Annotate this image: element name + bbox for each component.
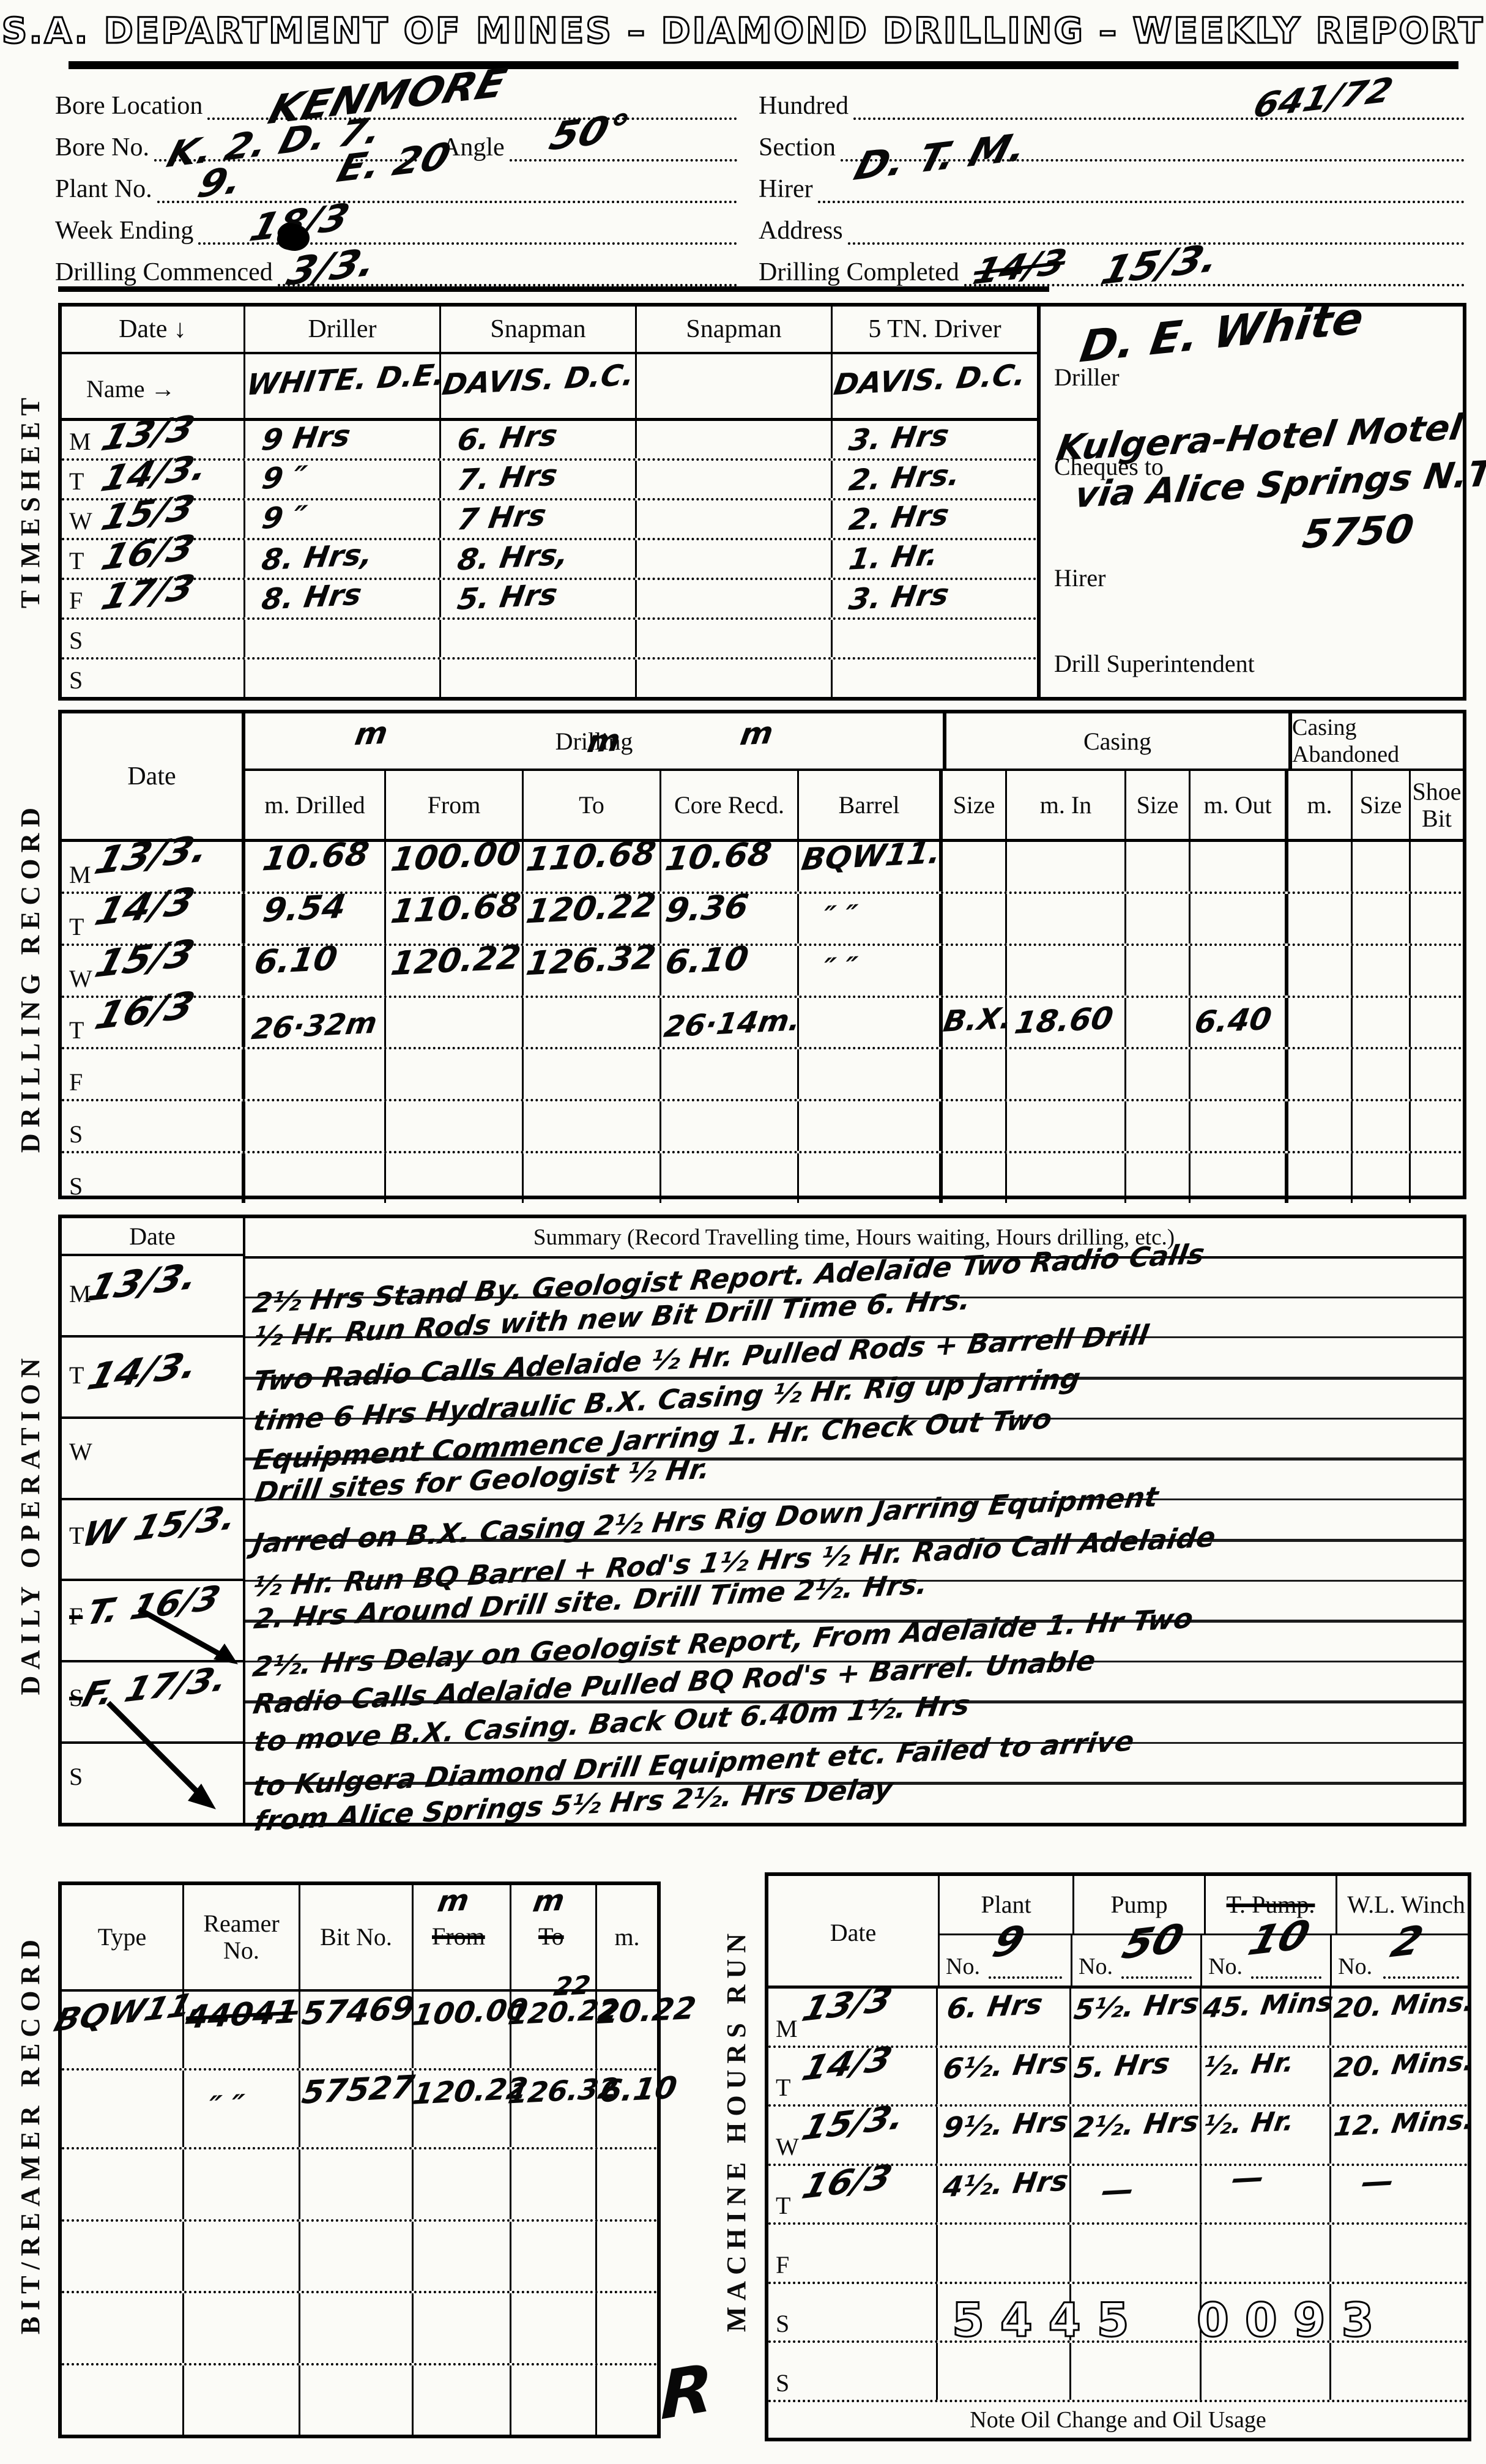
m-drilled-total: 26·32m: [250, 1005, 380, 1046]
winch-hours: —: [1359, 2162, 1397, 2201]
m-drilled-value: 10.68: [260, 835, 372, 879]
op-date-cell: M 13/3.: [62, 1256, 243, 1338]
core-recd-value: 10.68: [663, 835, 775, 879]
panel-driller-label: Driller: [1054, 363, 1120, 392]
table-row: [62, 2149, 657, 2222]
machine-hours-section-label: MACHINE HOURS RUN: [721, 1927, 752, 2332]
driller-signature: D. E. White: [1077, 292, 1367, 373]
day-letter: T: [776, 2191, 790, 2220]
day-letter: S: [69, 666, 83, 694]
header-fields: Bore Location KENMORE Bore No. K. 2. D. …: [55, 78, 1465, 286]
col-header-m-drilled: m. Drilled: [245, 771, 386, 839]
hours-value: 1. Hr.: [847, 538, 941, 576]
date-value: 14/3.: [83, 1344, 204, 1399]
table-row: T14/3. 9 ″ 7. Hrs 2. Hrs.: [62, 461, 1037, 501]
no-label: No.: [1338, 1953, 1372, 1980]
to-value: 126.32: [524, 937, 658, 983]
hours-value: 5. Hrs: [455, 578, 560, 617]
drilling-record-section-label: DRILLING RECORD: [15, 802, 46, 1153]
header-fields-left: Bore Location KENMORE Bore No. K. 2. D. …: [55, 78, 737, 286]
table-row: S: [62, 620, 1037, 660]
drilling-completed-line: 14/3 15/3.: [964, 242, 1465, 286]
day-letter: F: [776, 2250, 789, 2279]
barrel-value: BQW11.: [799, 835, 943, 877]
hours-value: 8. Hrs,: [259, 537, 376, 577]
core-recd-value: 6.10: [663, 939, 751, 981]
panel-hirer-label: Hirer: [1054, 564, 1105, 592]
drilling-record-table: Date Drilling m m m Casing Casing Abando…: [58, 710, 1466, 1199]
day-letter: S: [69, 1172, 83, 1200]
reamer-no-value: 44041: [183, 1993, 300, 2036]
hours-value: 9 ″: [259, 499, 309, 536]
hours-value: 8. Hrs,: [455, 537, 571, 577]
op-date-cell: F T. 16/3: [62, 1581, 243, 1662]
table-row: T14/3 9.54 110.68 120.22 9.36 ″ ″: [62, 894, 1463, 946]
col-header-date: Date: [62, 713, 245, 839]
hours-value: 2. Hrs.: [847, 458, 963, 497]
day-letter: T: [69, 546, 84, 575]
daily-operation-summary-column: Summary (Record Travelling time, Hours w…: [245, 1218, 1463, 1823]
drilling-record-header: Date Drilling m m m Casing Casing Abando…: [62, 713, 1463, 842]
col-header-bit-no: Bit No.: [300, 1885, 414, 1989]
day-letter: S: [69, 1762, 83, 1791]
hours-value: 3. Hrs: [847, 419, 951, 458]
table-row: M13/3 6. Hrs 5½. Hrs 45. Mins 20. Mins.: [768, 1989, 1468, 2048]
metric-annotation: m: [585, 723, 623, 760]
plant-hours: 4½. Hrs: [941, 2164, 1071, 2203]
snapman-2-name-cell: [637, 354, 833, 418]
casing-size-value: B.X.: [941, 1001, 1014, 1039]
drilling-commenced-label: Drilling Commenced: [55, 259, 273, 286]
col-header-snapman-2: Snapman: [637, 307, 833, 352]
drilling-commenced-row: Drilling Commenced 3/3.: [55, 245, 737, 286]
no-label: No.: [1079, 1953, 1113, 1980]
core-recd-value: 9.36: [663, 887, 751, 929]
bore-location-row: Bore Location KENMORE: [55, 78, 737, 120]
machine-hours-header: Date Plant Pump T. Pump. W.L. Winch No.9…: [768, 1876, 1468, 1989]
table-row: F: [62, 1049, 1463, 1101]
summary-header: Summary (Record Travelling time, Hours w…: [245, 1218, 1463, 1256]
weekly-report-form: S.A. DEPARTMENT OF MINES – DIAMOND DRILL…: [0, 0, 1486, 2464]
table-row: T16/3 4½. Hrs — — —: [768, 2166, 1468, 2225]
table-row: T16/3 26·32m 26·14m. B.X. 18.60 6.40: [62, 998, 1463, 1050]
bit-reamer-table: Type Reamer No. Bit No. From m To m m. B…: [58, 1881, 661, 2438]
table-row: W15/3. 9½. Hrs 2½. Hrs ½. Hr. 12. Mins.: [768, 2107, 1468, 2166]
plant-no-row: Plant No. 9. E. 20: [55, 162, 737, 203]
col-header-abandoned-size: Size: [1353, 771, 1411, 839]
pump-hours: —: [1099, 2171, 1137, 2209]
col-header-reamer-no: Reamer No.: [184, 1885, 300, 1989]
driller-name: WHITE. D.E.: [244, 358, 448, 403]
drilling-record-rows: M13/3. 10.68 100.00 110.68 10.68 BQW11. …: [62, 842, 1463, 1203]
col-header-date: Date ↓: [62, 307, 245, 352]
col-header-date: Date: [62, 1218, 243, 1256]
drilling-commenced-line: 3/3.: [278, 242, 737, 286]
table-row: S: [62, 1153, 1463, 1203]
title-rule: [69, 61, 1458, 69]
day-letter: W: [776, 2132, 799, 2161]
day-letter: M: [776, 2014, 798, 2043]
hour-meter-stamp-left: 5445: [952, 2293, 1145, 2347]
to-value: 110.68: [524, 834, 658, 879]
angle-line: 50°: [510, 117, 737, 162]
section-label: Section: [759, 135, 836, 162]
to-header-text: To: [538, 1922, 564, 1951]
t-pump-hours: ½. Hr.: [1201, 2047, 1296, 2083]
col-header-to: To: [524, 771, 661, 839]
timesheet-grid: Date ↓ Driller Snapman Snapman 5 TN. Dri…: [62, 307, 1041, 697]
day-letter: S: [69, 1120, 83, 1148]
op-date-cell: W: [62, 1419, 243, 1500]
page-title: S.A. DEPARTMENT OF MINES – DIAMOND DRILL…: [0, 10, 1486, 51]
from-value: 120.22: [388, 937, 523, 983]
pump-hours: 5½. Hrs: [1072, 1987, 1202, 2026]
day-letter: W: [69, 507, 92, 535]
table-row: [62, 2293, 657, 2365]
table-row: T14/3 6½. Hrs 5. Hrs ½. Hr. 20. Mins.: [768, 2048, 1468, 2107]
table-row: T16/3 8. Hrs, 8. Hrs, 1. Hr.: [62, 540, 1037, 580]
date-value: W 15/3.: [78, 1497, 242, 1555]
drilling-group-header: Drilling m m m: [245, 713, 943, 769]
pump-hours: 5. Hrs: [1072, 2047, 1172, 2085]
hours-value: 8. Hrs: [259, 578, 364, 617]
plant-no-line: 9. E. 20: [157, 159, 737, 203]
hirer-row: Hirer: [759, 162, 1465, 203]
from-header-text: From: [432, 1922, 485, 1951]
hundred-line: [853, 76, 1465, 120]
day-letter: W: [69, 1437, 92, 1466]
reamer-ditto: ″ ″: [206, 2088, 246, 2123]
hours-value: 9 Hrs: [259, 419, 353, 457]
driller-name-cell: WHITE. D.E.: [245, 354, 441, 418]
table-row: BQW11. 44041 57469 100.00 22 120.22 20.2…: [62, 1992, 657, 2071]
address-row: Address: [759, 203, 1465, 245]
table-row: S 5445 0093: [768, 2284, 1468, 2343]
core-recd-total: 26·14m.: [661, 1003, 803, 1044]
col-header-shoe-bit: Shoe Bit: [1411, 771, 1463, 839]
hours-value: 2. Hrs: [847, 498, 951, 537]
table-row: ″ ″ 57527 120.22 126.32 6.10: [62, 2071, 657, 2149]
t-pump-hours: ½. Hr.: [1201, 2105, 1296, 2142]
plant-hours: 9½. Hrs: [941, 2105, 1071, 2144]
day-letter: T: [69, 912, 84, 941]
plant-hours: 6. Hrs: [945, 1987, 1045, 2025]
drilling-completed-row: Drilling Completed 14/3 15/3.: [759, 245, 1465, 286]
bore-no-label: Bore No.: [55, 135, 149, 162]
from-value: 100.00: [388, 834, 523, 879]
winch-hours: 20. Mins.: [1332, 2045, 1477, 2084]
daily-operation-section-label: DAILY OPERATION: [15, 1352, 46, 1695]
hirer-line: [818, 159, 1465, 203]
table-row: M13/3. 10.68 100.00 110.68 10.68 BQW11.: [62, 842, 1463, 894]
header-fields-right: Hundred Section D. T. M. Hirer Address D…: [759, 78, 1465, 286]
signature-monogram: R: [660, 2349, 713, 2435]
day-letter: W: [69, 964, 92, 993]
day-letter: S: [776, 2369, 789, 2397]
hour-meter-stamp-right: 0093: [1197, 2293, 1390, 2347]
hours-value: 6. Hrs: [455, 419, 560, 458]
week-ending-row: Week Ending 18/3: [55, 203, 737, 245]
table-row: W15/3 6.10 120.22 126.32 6.10 ″ ″: [62, 946, 1463, 998]
metric-annotation: m: [352, 715, 390, 753]
hours-value: 7 Hrs: [455, 498, 549, 537]
day-letter: F: [69, 1602, 83, 1631]
casing-group-header: Casing: [943, 713, 1288, 769]
hours-value: 3. Hrs: [847, 578, 951, 617]
timesheet-section-label: TIMESHEET: [15, 392, 46, 608]
name-row-label: Name →: [86, 374, 176, 403]
t-pump-hours: 45. Mins: [1200, 1987, 1335, 2025]
col-header-m-in: m. In: [1007, 771, 1126, 839]
no-label: No.: [1208, 1953, 1243, 1980]
col-header-from: From: [386, 771, 524, 839]
driver-name: DAVIS. D.C.: [831, 358, 1028, 402]
no-label: No.: [946, 1953, 980, 1980]
hours-value: 7. Hrs: [455, 458, 560, 497]
bit-no-value: 57469: [299, 1990, 417, 2032]
col-header-abandoned-m: m.: [1288, 771, 1353, 839]
daily-operation-date-column: Date M 13/3. T 14/3. W T W 15/3. F T. 16…: [62, 1218, 245, 1823]
col-header-core-recd: Core Recd.: [661, 771, 799, 839]
casing-abandoned-group-header: Casing Abandoned: [1288, 713, 1463, 769]
day-letter: S: [69, 626, 83, 655]
header-separator-rule: [58, 286, 1049, 292]
hundred-label: Hundred: [759, 93, 849, 120]
col-header-date: Date: [768, 1876, 940, 1989]
table-row: S: [62, 660, 1037, 697]
hundred-row: Hundred: [759, 78, 1465, 120]
table-row: F: [768, 2225, 1468, 2284]
bore-location-line: KENMORE: [207, 76, 737, 120]
op-date-cell: T 14/3.: [62, 1338, 243, 1419]
snapman-1-name-cell: DAVIS. D.C.: [441, 354, 637, 418]
machine-no-row: No.9 No.50 No.10 No.2: [940, 1934, 1468, 1989]
drilling-subheader-row: m. Drilled From To Core Recd. Barrel Siz…: [245, 769, 1463, 839]
day-letter: M: [69, 427, 91, 456]
name-row-label-cell: Name →: [62, 354, 245, 418]
cheques-address-line-3: 5750: [1299, 507, 1417, 557]
timesheet-table: Date ↓ Driller Snapman Snapman 5 TN. Dri…: [58, 303, 1466, 701]
winch-hours: 20. Mins.: [1332, 1986, 1477, 2025]
metric-annotation: m: [435, 1883, 471, 1919]
metric-annotation: m: [738, 715, 776, 753]
m-drilled-value: 6.10: [251, 939, 340, 981]
day-letter: M: [69, 860, 91, 889]
drilling-completed-value: 15/3.: [1096, 236, 1225, 294]
casing-m-in-value: 18.60: [1012, 1000, 1116, 1040]
hirer-label: Hirer: [759, 176, 813, 203]
table-row: W15/3 9 ″ 7 Hrs 2. Hrs: [62, 501, 1037, 540]
col-header-driller: Driller: [245, 307, 441, 352]
from-value: 110.68: [388, 885, 523, 931]
col-header-barrel: Barrel: [799, 771, 943, 839]
daily-operation-table: Date M 13/3. T 14/3. W T W 15/3. F T. 16…: [58, 1215, 1466, 1826]
day-letter: T: [69, 1361, 84, 1390]
plant-hours: 6½. Hrs: [941, 2045, 1071, 2085]
op-date-cell: T W 15/3.: [62, 1500, 243, 1582]
section-row: Section D. T. M.: [759, 120, 1465, 162]
bit-no-value: 57527: [299, 2069, 417, 2111]
address-line: [848, 201, 1465, 245]
m-drilled-value: 9.54: [260, 887, 349, 929]
casing-m-out-value: 6.40: [1192, 1000, 1274, 1040]
timesheet-header-row: Date ↓ Driller Snapman Snapman 5 TN. Dri…: [62, 307, 1037, 354]
col-header-driver: 5 TN. Driver: [833, 307, 1037, 352]
day-letter: F: [69, 1068, 83, 1096]
table-row: [62, 2365, 657, 2435]
hours-value: 9 ″: [259, 460, 309, 496]
t-pump-hours: —: [1229, 2159, 1267, 2197]
address-label: Address: [759, 218, 843, 245]
table-row: [62, 2222, 657, 2294]
col-header-casing-size-in: Size: [943, 771, 1007, 839]
bit-reamer-section-label: BIT/REAMER RECORD: [15, 1934, 46, 2334]
col-header-m: m.: [597, 1885, 657, 1989]
table-row: S: [62, 1101, 1463, 1153]
drilling-completed-label: Drilling Completed: [759, 259, 959, 286]
metres-value: 20.22: [595, 1990, 699, 2031]
week-ending-label: Week Ending: [55, 218, 193, 245]
bore-location-label: Bore Location: [55, 93, 202, 120]
day-letter: T: [69, 1016, 84, 1044]
metres-value: 6.10: [598, 2070, 680, 2109]
driver-name-cell: DAVIS. D.C.: [833, 354, 1037, 418]
col-header-m-out: m. Out: [1191, 771, 1288, 839]
winch-hours: 12. Mins.: [1332, 2104, 1477, 2143]
section-line: D. T. M.: [841, 117, 1465, 162]
col-header-type: Type: [62, 1885, 184, 1989]
date-value: 13/3.: [83, 1255, 204, 1310]
barrel-ditto: ″ ″: [821, 951, 860, 984]
day-letter: T: [776, 2073, 790, 2102]
pump-hours: 2½. Hrs: [1072, 2105, 1202, 2144]
table-row: F17/3 8. Hrs 5. Hrs 3. Hrs: [62, 580, 1037, 620]
timesheet-side-panel: D. E. White Driller Kulgera-Hotel Motel …: [1041, 307, 1463, 697]
metric-annotation: m: [530, 1883, 567, 1919]
panel-superintendent-label: Drill Superintendent: [1054, 649, 1255, 678]
op-date-cell: S F. 17/3.: [62, 1662, 243, 1744]
barrel-ditto: ″ ″: [821, 899, 860, 932]
day-letter: S: [776, 2309, 789, 2338]
col-header-snapman-1: Snapman: [441, 307, 637, 352]
plant-no-value: 9.: [193, 157, 248, 207]
col-header-casing-size-out: Size: [1126, 771, 1191, 839]
week-ending-line: 18/3: [198, 201, 737, 245]
col-header-from-struck: From m: [414, 1885, 511, 1989]
table-row: S: [768, 2343, 1468, 2402]
day-letter: F: [69, 586, 83, 615]
snapman-1-name: DAVIS. D.C.: [440, 358, 637, 402]
day-letter: T: [69, 467, 84, 496]
op-date-cell: S: [62, 1744, 243, 1823]
to-value: 120.22: [524, 885, 658, 931]
machine-hours-table: Date Plant Pump T. Pump. W.L. Winch No.9…: [765, 1872, 1471, 2441]
drilling-completed-struck-value: 14/3: [968, 241, 1071, 293]
timesheet-name-row: Name → WHITE. D.E. DAVIS. D.C. DAVIS. D.…: [62, 354, 1037, 421]
oil-note: Note Oil Change and Oil Usage: [768, 2402, 1468, 2438]
plant-no-label: Plant No.: [55, 176, 152, 203]
